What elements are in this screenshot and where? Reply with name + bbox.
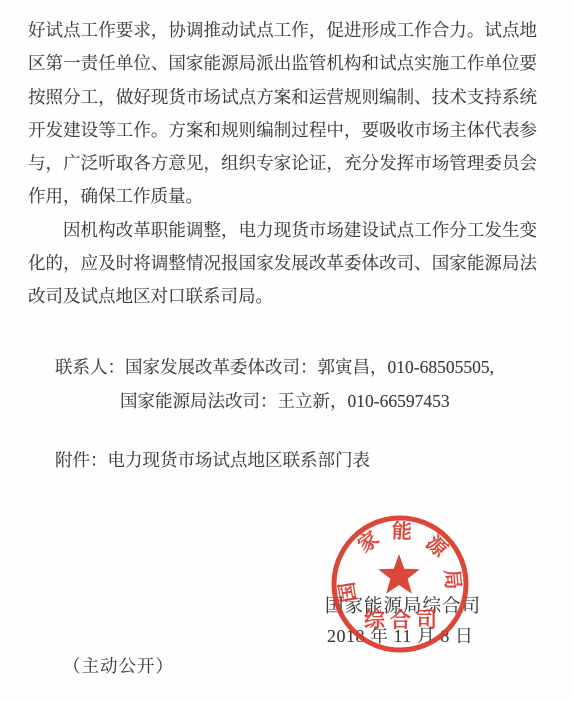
star-icon	[378, 554, 420, 594]
body-line: 与，广泛听取各方意见，组织专家论证，充分发挥市场管理委员会	[28, 147, 537, 180]
body-line: 改司及试点地区对口联系司局。	[28, 280, 537, 313]
document-body: 好试点工作要求，协调推动试点工作，促进形成工作合力。试点地 区第一责任单位、国家…	[28, 14, 537, 313]
contact-line-1: 联系人：国家发展改革委体改司：郭寅昌，010-68505505,	[55, 350, 494, 384]
document-page: 好试点工作要求，协调推动试点工作，促进形成工作合力。试点地 区第一责任单位、国家…	[0, 0, 573, 701]
body-line: 区第一责任单位、国家能源局派出监管机构和试点实施工作单位要	[28, 47, 537, 80]
seal-bottom-text: 综合司	[364, 608, 442, 632]
contact-block: 联系人：国家发展改革委体改司：郭寅昌，010-68505505, 国家能源局法改…	[55, 350, 494, 418]
contact-line-2: 国家能源局法改司：王立新，010-66597453	[55, 384, 494, 418]
seal-arc-char: 国	[335, 581, 361, 604]
body-line: 作用，确保工作质量。	[28, 180, 537, 213]
disclosure-note: （主动公开）	[63, 653, 174, 678]
body-line: 开发建设等工作。方案和规则编制过程中，要吸收市场主体代表参	[28, 114, 537, 147]
official-seal: 国 家 能 源 局 综合司	[327, 511, 472, 656]
seal-arc-char: 局	[440, 568, 465, 590]
body-line: 按照分工，做好现货市场试点方案和运营规则编制、技术支持系统	[28, 81, 537, 114]
body-line: 因机构改革职能调整，电力现货市场建设试点工作分工发生变	[28, 214, 537, 247]
body-line: 化的，应及时将调整情况报国家发展改革委体改司、国家能源局法	[28, 247, 537, 280]
attachment-line: 附件：电力现货市场试点地区联系部门表	[55, 447, 370, 472]
body-line: 好试点工作要求，协调推动试点工作，促进形成工作合力。试点地	[28, 14, 537, 47]
seal-arc-char: 能	[391, 519, 412, 544]
